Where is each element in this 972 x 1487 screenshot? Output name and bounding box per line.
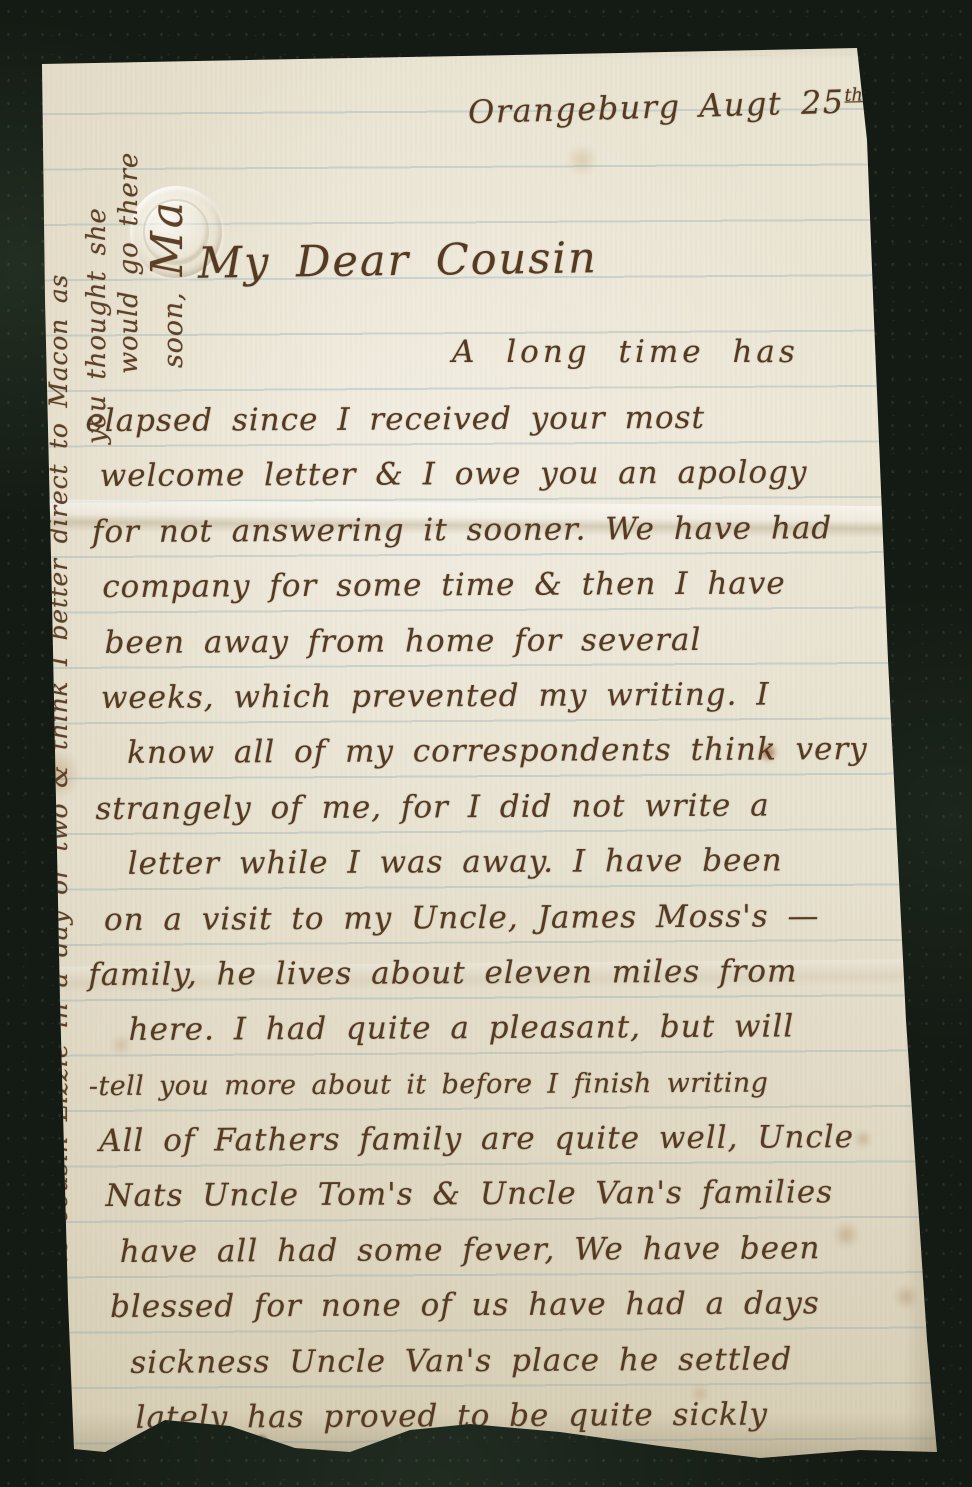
paper-edge-shading [0, 0, 972, 1487]
photo-background: Orangeburg Augt 25th 1868. My Dear Cousi… [0, 0, 972, 1487]
letter-paper: Orangeburg Augt 25th 1868. My Dear Cousi… [0, 0, 972, 1487]
